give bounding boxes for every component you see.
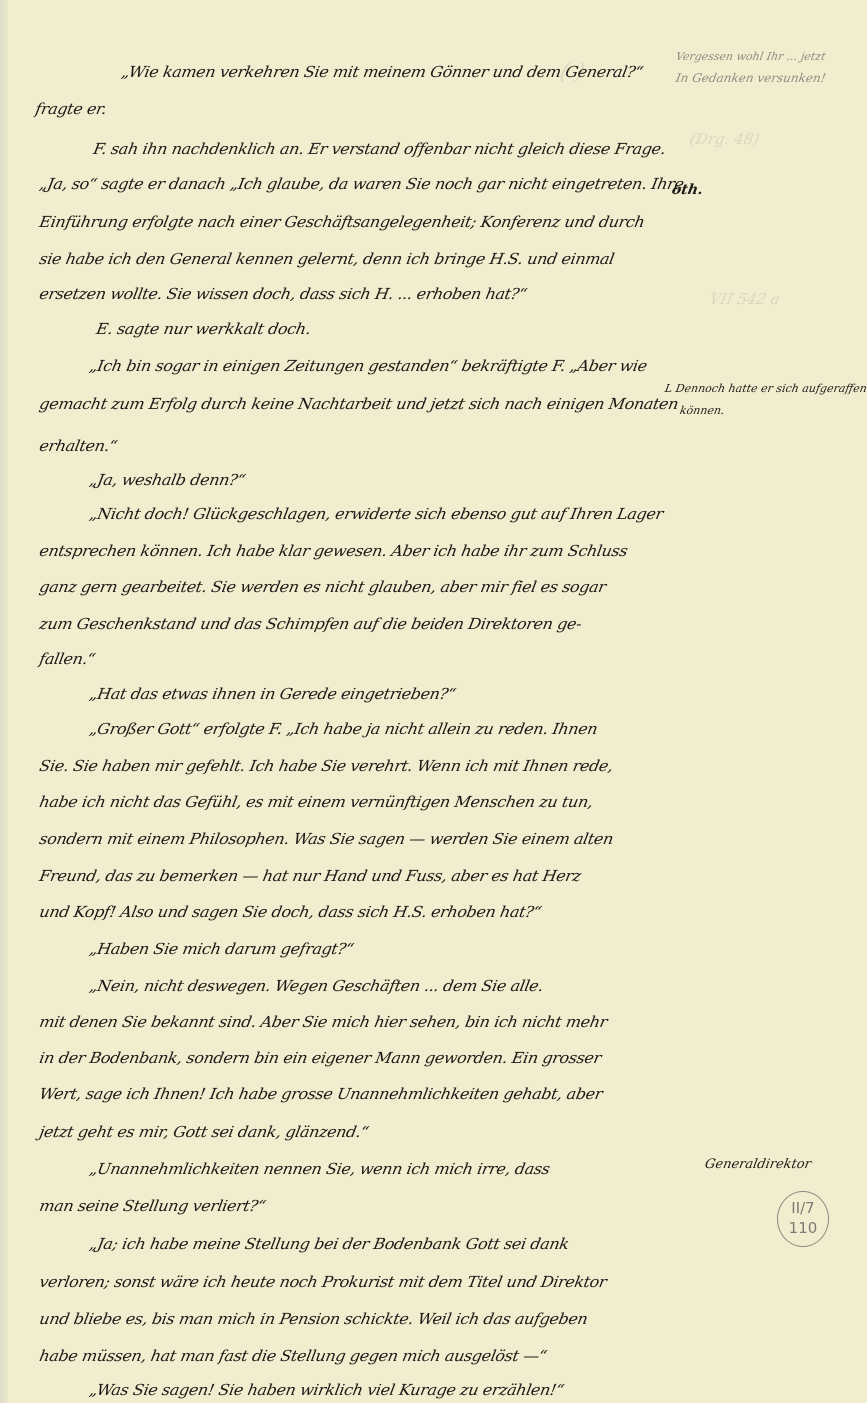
text-line: „Ich bin sogar in einigen Zeitungen gest… — [88, 357, 648, 375]
text-line: und bliebe es, bis man mich in Pension s… — [38, 1310, 589, 1328]
text-line: jetzt geht es mir, Gott sei dank, glänze… — [38, 1123, 370, 1141]
text-line: E. sagte nur werkkalt doch. — [95, 320, 312, 338]
margin-note-bracket-2: können. — [679, 404, 726, 417]
text-line: „Haben Sie mich darum gefragt?“ — [88, 940, 355, 958]
text-line: „Wie kamen verkehren Sie mit meinem Gönn… — [120, 63, 645, 81]
text-line: „Ja, weshalb denn?“ — [88, 471, 247, 489]
text-line: sondern mit einem Philosophen. Was Sie s… — [38, 830, 615, 848]
text-line: zum Geschenkstand und das Schimpfen auf … — [38, 615, 583, 633]
text-line: „Hat das etwas ihnen in Gerede eingetrie… — [88, 685, 457, 703]
text-line: „Nein, nicht deswegen. Wegen Geschäften … — [88, 977, 545, 995]
archive-stamp-volume: II/7 — [778, 1198, 828, 1218]
text-line: fragte er. — [34, 100, 108, 118]
page-edge-shadow — [0, 0, 8, 1403]
text-line: gemacht zum Erfolg durch keine Nachtarbe… — [38, 395, 680, 413]
text-line: habe ich nicht das Gefühl, es mit einem … — [38, 793, 594, 811]
margin-note-bracket-1: L Dennoch hatte er sich aufgeraffen — [664, 382, 867, 395]
text-line: Wert, sage ich Ihnen! Ich habe grosse Un… — [38, 1085, 604, 1103]
text-line: man seine Stellung verliert?“ — [38, 1197, 267, 1215]
archive-stamp: II/7 110 — [777, 1191, 829, 1247]
text-line: erhalten.“ — [38, 437, 119, 455]
margin-note-top-2: In Gedanken versunken! — [675, 71, 827, 85]
text-line: F. sah ihn nachdenklich an. Er verstand … — [92, 140, 667, 158]
margin-note-top-1: Vergessen wohl Ihr ... jetzt — [675, 50, 827, 63]
text-line: sie habe ich den General kennen gelernt,… — [38, 250, 616, 268]
archive-stamp-folio: 110 — [778, 1218, 828, 1238]
text-line: Einführung erfolgte nach einer Geschäfts… — [38, 213, 646, 231]
text-line: entsprechen können. Ich habe klar gewese… — [38, 542, 629, 560]
text-line: „Was Sie sagen! Sie haben wirklich viel … — [88, 1381, 565, 1399]
text-line: Freund, das zu bemerken — hat nur Hand u… — [38, 867, 582, 885]
text-line: „Ja, so“ sagte er danach „Ich glaube, da… — [38, 175, 685, 193]
text-line: fallen.“ — [38, 650, 97, 668]
text-line: „Großer Gott“ erfolgte F. „Ich habe ja n… — [88, 720, 599, 738]
text-line: verloren; sonst wäre ich heute noch Prok… — [38, 1273, 608, 1291]
text-line: „Nicht doch! Glückgeschlagen, erwiderte … — [88, 505, 664, 523]
text-line: „Ja; ich habe meine Stellung bei der Bod… — [88, 1235, 570, 1253]
text-line: Sie. Sie haben mir gefehlt. Ich habe Sie… — [38, 757, 614, 775]
bleed-through-text: VII 542 a — [708, 290, 782, 308]
text-line: ganz gern gearbeitet. Sie werden es nich… — [38, 578, 607, 596]
bleed-through-text: (Drg. 48) — [688, 130, 761, 148]
text-line: ersetzen wollte. Sie wissen doch, dass s… — [38, 285, 528, 303]
text-line: „Unannehmlichkeiten nennen Sie, wenn ich… — [88, 1160, 551, 1178]
text-line: und Kopf! Also und sagen Sie doch, dass … — [38, 903, 543, 921]
text-line: mit denen Sie bekannt sind. Aber Sie mic… — [38, 1013, 609, 1031]
margin-note-generaldirektor: Generaldirektor — [704, 1157, 812, 1172]
text-line: in der Bodenbank, sondern bin ein eigene… — [38, 1049, 602, 1067]
text-line: habe müssen, hat man fast die Stellung g… — [38, 1347, 548, 1365]
